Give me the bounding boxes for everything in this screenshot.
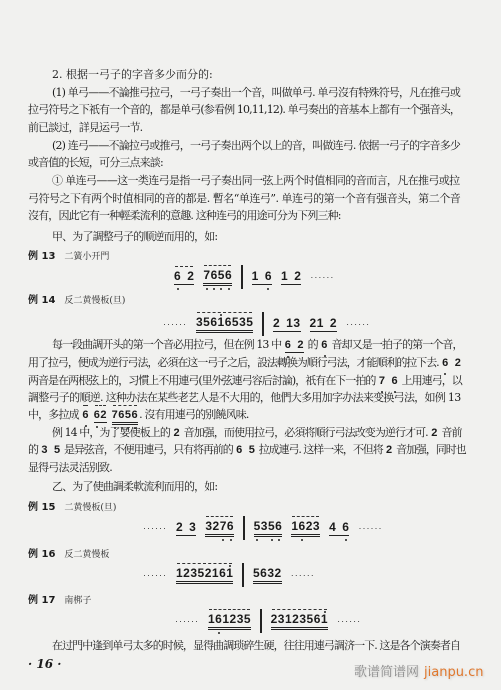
inline-notation: 6 <box>81 408 90 421</box>
inline-notation: 62 <box>93 408 108 421</box>
note: 6 <box>314 613 321 626</box>
note: 2 <box>306 520 313 533</box>
note-group: 35616535 <box>196 316 254 333</box>
example-title: 二黄慢板(旦) <box>64 503 116 513</box>
note-group: 161235 <box>208 613 251 630</box>
paragraph-line: 弓符号之下有两个时值相同的音的都是. 暫名“单连弓”. 单连弓的第一个音有强音头… <box>28 191 460 207</box>
note-group: 23123561 <box>271 613 329 630</box>
ellipsis-dots: ······ <box>346 319 370 329</box>
text-run: 是异弦音，不便用連弓，只有将再前的 <box>62 443 235 456</box>
example-title: 南梆子 <box>64 596 91 606</box>
note: 2 <box>183 567 190 580</box>
paragraph-line: (2) 连弓——不論拉弓或推弓，一弓子奏出两个以上的音，叫做连弓. 依据一弓子的… <box>52 138 460 154</box>
note-group: 2 <box>386 444 393 457</box>
note: 6 <box>131 409 138 421</box>
inline-notation: 65 <box>235 443 256 456</box>
example-number: 例 17 <box>28 595 55 606</box>
paragraph-line: 显得弓法灵活别致. <box>28 460 112 476</box>
note: 1 <box>286 317 293 330</box>
section-heading: 2. 根据一弓子的字音多少而分的: <box>52 67 213 83</box>
paragraph-line: 沒有，因此它有一种輕柔流利的意趣. 这种连弓的用途可分为下列三种: <box>28 208 341 224</box>
note: 5 <box>254 520 261 533</box>
note: 1 <box>281 270 288 283</box>
note: 6 <box>392 375 399 387</box>
subsection-heading-jia: 甲、为了調整弓子的顺逆而用的，如: <box>52 229 217 245</box>
paragraph-line: 或音值的长短，可分三点来談: <box>28 155 163 171</box>
note-group: 76 <box>379 375 398 388</box>
example-number: 例 16 <box>28 549 55 560</box>
notation-example-16: ······123521615632······ <box>143 562 315 588</box>
note: 2 <box>230 613 237 626</box>
note: 7 <box>220 520 227 533</box>
paragraph-line: ① 单连弓——这一类连弓是指一弓子奏出同一弦上两个时值相同的音而言，凡在推弓或拉 <box>52 173 460 189</box>
note: 3 <box>261 520 268 533</box>
text-run: 每一段曲調开头的第一个音必用拉弓，但在例 13 中 <box>52 338 284 351</box>
ellipsis-dots: ······ <box>358 523 382 533</box>
note: 2 <box>330 317 337 330</box>
note-group: 2 <box>173 427 180 440</box>
note: 1 <box>212 567 219 580</box>
barline <box>262 312 264 336</box>
note-group: 1623 <box>291 520 320 537</box>
note: 3 <box>293 317 300 330</box>
note: 2 <box>176 521 183 534</box>
paragraph-line: 前已談过，詳見运弓一节. <box>28 120 142 136</box>
example-label: 例 13二簧小开門 <box>28 247 109 261</box>
note: 1 <box>176 567 183 580</box>
note: 6 <box>265 270 272 283</box>
example-number: 例 14 <box>28 295 55 306</box>
ellipsis-dots: ······ <box>143 570 167 580</box>
text-run: 用了拉弓，便成为逆行弓法，必須在这一弓子之后，設法轉换为順行弓法，才能順利的拉下… <box>28 356 441 369</box>
note: 2 <box>100 409 107 421</box>
inline-notation: 2 <box>172 426 181 439</box>
text-run: 例 14 中，为了要使板上的 <box>52 426 172 439</box>
note: 2 <box>271 613 278 626</box>
barline <box>260 609 262 633</box>
note: 2 <box>294 270 301 283</box>
note: 3 <box>278 613 285 626</box>
note: 5 <box>307 613 314 626</box>
ellipsis-dots: ······ <box>143 523 167 533</box>
note: 2 <box>386 444 393 456</box>
note: 6 <box>225 269 232 282</box>
watermark-en: jianpu.cn <box>424 665 483 680</box>
note: 1 <box>222 613 229 626</box>
note-group: 212 <box>310 317 338 332</box>
example-title: 二簧小开門 <box>64 252 109 262</box>
note: 6 <box>227 520 234 533</box>
note-group: 62 <box>94 409 107 423</box>
paragraph-line: 两音是在两根弦上的，习慣上不用連弓(里外弦連弓容后討論)，祇有在下一拍的 76 … <box>28 373 460 389</box>
note: 5 <box>246 316 253 329</box>
note: 5 <box>268 520 275 533</box>
note: 3 <box>196 316 203 329</box>
note: 1 <box>317 317 324 330</box>
text-run: 中，多拉成 <box>28 408 81 421</box>
note-group: 46 <box>329 521 349 536</box>
note: 6 <box>118 409 125 421</box>
subsection-heading-yi: 乙、为了使曲調柔軟流利而用的，如: <box>52 479 217 495</box>
example-label: 例 17南梆子 <box>28 591 91 605</box>
note: 2 <box>297 339 304 351</box>
text-run: 两音是在两根弦上的，习慣上不用連弓(里外弦連弓容后討論)，祇有在下一拍的 <box>28 374 378 387</box>
paragraph-line: 的 35 是异弦音，不便用連弓，只有将再前的 65 拉成連弓. 这样一来，不但将… <box>28 442 460 458</box>
note-group: 12352161 <box>176 567 234 584</box>
inline-notation: 6 <box>320 338 329 351</box>
text-run: 音加强，同时也 <box>394 443 466 456</box>
note: 6 <box>236 444 243 456</box>
watermark-cn: 歌谱简谱网 <box>354 665 419 680</box>
note: 6 <box>275 520 282 533</box>
note: 2 <box>205 567 212 580</box>
note: 3 <box>313 520 320 533</box>
text-run: 音前 <box>439 426 462 439</box>
paragraph-line: (1) 单弓——不論推弓拉弓，一弓子奏出一个音，叫做单弓. 单弓沒有特殊符号，凡… <box>52 85 460 101</box>
note: 6 <box>260 567 267 580</box>
text-run: 音加强，而使用拉弓，必須将順行弓法改变为逆行才可. <box>181 426 430 439</box>
note: 5 <box>244 613 251 626</box>
text-run: 拉成連弓. 这样一来，不但将 <box>256 443 385 456</box>
note-group: 62 <box>285 339 304 353</box>
note: 2 <box>455 357 462 369</box>
note: 5 <box>54 444 61 456</box>
note: 3 <box>299 613 306 626</box>
note: 3 <box>41 444 48 456</box>
note: 4 <box>329 521 336 534</box>
note: 1 <box>321 613 328 626</box>
notation-example-17: ······16123523123561······ <box>175 608 361 634</box>
note: 1 <box>226 567 233 580</box>
inline-notation: 2 <box>430 426 439 439</box>
note: 3 <box>205 520 212 533</box>
text-run: 音却又是一拍子的第一个音， <box>329 338 463 351</box>
note-group: 7656 <box>203 269 232 286</box>
note-group: 6 <box>82 409 89 422</box>
note-group: 5356 <box>254 520 283 537</box>
note: 3 <box>267 567 274 580</box>
note: 1 <box>285 613 292 626</box>
text-run: 显得弓法灵活别致. <box>28 461 112 474</box>
text-run: 調整弓子的順逆. 这种办法在某些老艺人是不大用的，他們大多用加字办法来变换弓法，… <box>28 391 460 404</box>
inline-notation: 2 <box>385 443 394 456</box>
example-title: 反二黄慢板 <box>64 550 109 560</box>
watermark: 歌谱简谱网jianpu.cn <box>354 661 483 680</box>
note-group: 2 <box>431 427 438 440</box>
barline <box>243 516 245 540</box>
note: 6 <box>321 339 328 351</box>
note: 5 <box>125 409 132 421</box>
note: 2 <box>187 270 194 283</box>
note: 2 <box>173 427 180 439</box>
paragraph-line: 中，多拉成 6 62 7656. 沒有用連弓的别饒风味. <box>28 407 249 423</box>
note-group: 12 <box>281 270 301 285</box>
example-label: 例 15二黄慢板(旦) <box>28 498 116 512</box>
example-title: 反二黄慢板(旦) <box>64 296 125 306</box>
example-number: 例 13 <box>28 251 55 262</box>
note: 3 <box>237 613 244 626</box>
note: 2 <box>275 567 282 580</box>
example-label: 例 16反二黄慢板 <box>28 545 109 559</box>
paragraph-line: 調整弓子的順逆. 这种办法在某些老艺人是不大用的，他們大多用加字办法来变换弓法，… <box>28 390 460 406</box>
ellipsis-dots: ······ <box>175 616 199 626</box>
note: 1 <box>208 613 215 626</box>
ellipsis-dots: ······ <box>310 272 334 282</box>
note-group: 62 <box>442 357 461 370</box>
note: 2 <box>273 317 280 330</box>
note: 5 <box>253 567 260 580</box>
text-run: 上用連弓，以 <box>399 374 462 387</box>
inline-notation: 62 <box>284 338 305 351</box>
inline-notation: 62 <box>441 356 462 369</box>
example-label: 例 14反二黄慢板(旦) <box>28 291 125 305</box>
ellipsis-dots: ······ <box>163 319 187 329</box>
note: 3 <box>190 567 197 580</box>
note: 1 <box>291 520 298 533</box>
note: 6 <box>299 520 306 533</box>
note: 2 <box>310 317 317 330</box>
note: 6 <box>94 409 101 421</box>
paragraph-line: 每一段曲調开头的第一个音必用拉弓，但在例 13 中 62 的 6 音却又是一拍子… <box>52 337 460 353</box>
note: 6 <box>225 316 232 329</box>
note: 7 <box>379 375 386 387</box>
note: 6 <box>219 567 226 580</box>
ellipsis-dots: ······ <box>291 570 315 580</box>
note: 6 <box>82 409 89 421</box>
note: 3 <box>189 521 196 534</box>
notation-example-15: ······2332765356162346······ <box>143 515 382 541</box>
book-page: 2. 根据一弓子的字音多少而分的: (1) 单弓——不論推弓拉弓，一弓子奏出一个… <box>0 0 501 690</box>
inline-notation: 35 <box>40 443 61 456</box>
note-group: 16 <box>252 270 272 285</box>
note: 3 <box>239 316 246 329</box>
paragraph-line: 例 14 中，为了要使板上的 2 音加强，而使用拉弓，必須将順行弓法改变为逆行才… <box>52 425 460 441</box>
paragraph-line: 拉弓符号之下祇有一个音的，都是单弓(参看例 10,11,12). 单弓奏出的音基… <box>28 102 460 118</box>
notation-example-13: 6276561612······ <box>174 264 334 290</box>
example-number: 例 15 <box>28 502 55 513</box>
note: 6 <box>442 357 449 369</box>
paragraph-line: 用了拉弓，便成为逆行弓法，必須在这一弓子之后，設法轉换为順行弓法，才能順利的拉下… <box>28 355 460 371</box>
barline <box>242 563 244 587</box>
note: 7 <box>203 269 210 282</box>
note: 5 <box>218 269 225 282</box>
note: 5 <box>249 444 256 456</box>
note: 6 <box>210 316 217 329</box>
note: 1 <box>252 270 259 283</box>
note-group: 7656 <box>112 409 139 425</box>
text-run: 的 <box>28 443 40 456</box>
note-group: 3276 <box>205 520 234 537</box>
note-group: 5632 <box>253 567 282 584</box>
inline-notation: 7656 <box>111 408 140 421</box>
text-run: . 沒有用連弓的别饒风味. <box>139 408 248 421</box>
note: 7 <box>112 409 119 421</box>
page-number: · 16 · <box>28 657 61 671</box>
note: 2 <box>213 520 220 533</box>
note: 6 <box>211 269 218 282</box>
inline-notation: 76 <box>378 374 399 387</box>
text-run: 的 <box>305 338 320 351</box>
note-group: 62 <box>174 270 194 285</box>
note: 5 <box>198 567 205 580</box>
note: 6 <box>215 613 222 626</box>
note-group: 213 <box>273 317 301 332</box>
note: 6 <box>174 270 181 283</box>
barline <box>241 265 243 289</box>
note: 1 <box>218 316 225 329</box>
note: 6 <box>342 521 349 534</box>
ellipsis-dots: ······ <box>337 616 361 626</box>
note-group: 23 <box>176 521 196 536</box>
note-group: 35 <box>41 444 60 457</box>
note: 2 <box>292 613 299 626</box>
note-group: 6 <box>321 339 328 352</box>
note: 5 <box>203 316 210 329</box>
note: 5 <box>232 316 239 329</box>
paragraph-line: 在过門中逢到单弓太多的时候，显得曲調琐碎生硬，往往用連弓調济一下. 这是各个演奏… <box>52 638 460 654</box>
note: 2 <box>431 427 438 439</box>
note: 6 <box>285 339 292 351</box>
notation-example-14: ······35616535213212······ <box>163 311 370 337</box>
note-group: 65 <box>236 444 255 457</box>
